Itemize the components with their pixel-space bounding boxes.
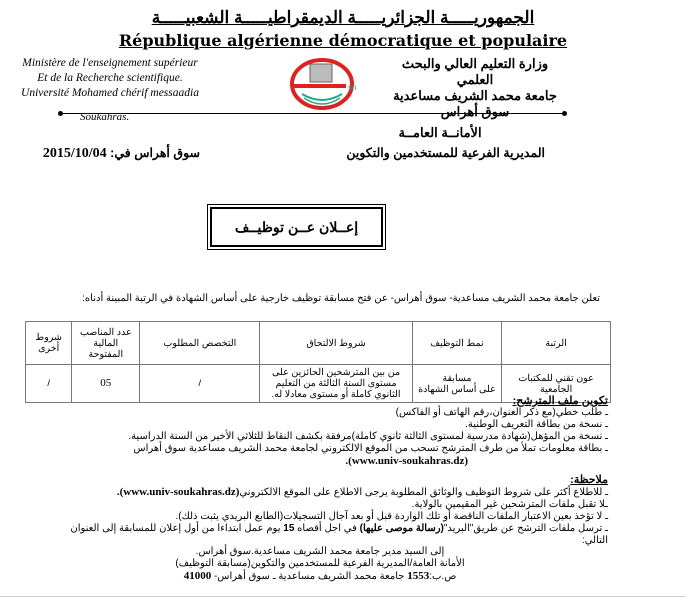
ministry-line-3: Université Mohamed chérif messaadia bbox=[20, 86, 200, 101]
note-item-4-b: في اجل أقصاه bbox=[294, 523, 359, 534]
divider-dot-right bbox=[562, 111, 567, 116]
sub-directorate: المديرية الفرعية للمستخدمين والتكوين bbox=[345, 145, 545, 160]
col-other: شروط أخرى bbox=[26, 322, 72, 365]
ministry-ar-line-3: سوق أهراس bbox=[385, 104, 565, 120]
col-positions: عدد المناصب المالية المفتوحة bbox=[72, 322, 140, 365]
ministry-ar-line-1: وزارة التعليم العالي والبحث العلمي bbox=[385, 56, 565, 88]
dossier-item-2: ـ نسخة من بطاقة التعريف الوطنية. bbox=[60, 419, 608, 431]
announcement-title: إعــلان عــن توظيــف bbox=[235, 219, 358, 235]
address-line-1: إلى السيد مدير جامعة محمد الشريف مساعدية… bbox=[170, 546, 470, 558]
republic-title-french-text: République algérienne démocratique et po… bbox=[119, 31, 567, 50]
dossier-heading: تكوين ملف المترشح: bbox=[60, 395, 608, 407]
page-bottom-border bbox=[0, 596, 686, 597]
dossier-item-4: ـ بطاقة معلومات تملأ من طرف المترشح تسحب… bbox=[60, 443, 608, 455]
notes-heading: ملاحظة: bbox=[60, 474, 608, 486]
note-item-4-registered: (رسالة موصى عليها) bbox=[360, 523, 444, 534]
notes-section: ملاحظة: ـ للاطلاع أكثر على شروط التوظيف … bbox=[60, 474, 608, 547]
university-logo-icon: sn bbox=[282, 54, 362, 112]
ministry-line-2: Et de la Recherche scientifique. bbox=[20, 71, 200, 86]
col-grade: الرتبة bbox=[502, 322, 611, 365]
note-item-4-a: ـ ترسل ملفات الترشح عن طريق"البريد" bbox=[444, 523, 608, 534]
note-item-1-url[interactable]: (www.univ-soukahras.dz). bbox=[117, 486, 240, 498]
col-specialty: التخصص المطلوب bbox=[140, 322, 260, 365]
note-item-4: ـ ترسل ملفات الترشح عن طريق"البريد"(رسال… bbox=[60, 523, 608, 547]
po-label: ص.ب: bbox=[429, 571, 456, 582]
republic-title-french: République algérienne démocratique et po… bbox=[0, 31, 686, 50]
postal-code: 41000 bbox=[184, 570, 212, 582]
ministry-french-block: Ministère de l'enseignement supérieur Et… bbox=[20, 56, 200, 101]
announcement-intro: تعلن جامعة محمد الشريف مساعدية- سوق أهرا… bbox=[60, 293, 600, 304]
note-item-3: ـ لا تؤخذ بعين الاعتبار الملفات الناقصة … bbox=[60, 511, 608, 523]
place-label: سوق أهراس في: bbox=[110, 146, 200, 160]
note-item-4-days: 15 bbox=[283, 523, 294, 534]
soukahras-french: Soukahras. bbox=[80, 111, 129, 123]
note-item-2: ـلا تقبل ملفات المترشحين غير المقيمين با… bbox=[60, 499, 608, 511]
header-divider bbox=[60, 113, 565, 114]
dossier-item-3: ـ نسخة من المؤهل(شهادة مدرسية لمستوى الث… bbox=[60, 431, 608, 443]
ministry-arabic-block: وزارة التعليم العالي والبحث العلمي جامعة… bbox=[385, 56, 565, 120]
announcement-title-box: إعــلان عــن توظيــف bbox=[210, 207, 383, 247]
divider-dot-left bbox=[58, 111, 63, 116]
republic-title-arabic: الجمهوريـــــة الجزائريـــــة الديمقراطي… bbox=[0, 8, 686, 28]
document-date: 2015/10/04 bbox=[43, 146, 107, 161]
ministry-ar-line-2: جامعة محمد الشريف مساعدية bbox=[385, 88, 565, 104]
republic-title-arabic-text: الجمهوريـــــة الجزائريـــــة الديمقراطي… bbox=[152, 8, 535, 27]
address-line-3-text: جامعة محمد الشريف مساعدية ـ سوق أهراس- bbox=[211, 571, 407, 582]
cell-mode-line-2: على أساس الشهادة bbox=[416, 384, 499, 395]
col-conditions: شروط الالتحاق bbox=[260, 322, 412, 365]
address-line-2: الأمانة العامة/المديرية الفرعية للمستخدم… bbox=[170, 558, 470, 570]
dossier-section: تكوين ملف المترشح: ـ طلب خطي(مع ذكر العن… bbox=[60, 395, 608, 467]
address-line-3: ص.ب:1553 جامعة محمد الشريف مساعدية ـ سوق… bbox=[170, 570, 470, 583]
cell-mode-line-1: مسابقة bbox=[416, 373, 499, 384]
note-item-1-text: ـ للاطلاع أكثر على شروط التوظيف والوثائق… bbox=[239, 487, 608, 498]
positions-table: الرتبة نمط التوظيف شروط الالتحاق التخصص … bbox=[25, 321, 611, 403]
dossier-item-1: ـ طلب خطي(مع ذكر العنوان،رقم الهاتف أو ا… bbox=[60, 407, 608, 419]
address-block: إلى السيد مدير جامعة محمد الشريف مساعدية… bbox=[170, 546, 470, 583]
svg-text:sn: sn bbox=[348, 83, 356, 92]
general-secretariat: الأمانــة العامــة bbox=[360, 125, 520, 141]
col-mode: نمط التوظيف bbox=[412, 322, 502, 365]
dossier-url[interactable]: (www.univ-soukahras.dz). bbox=[60, 455, 608, 467]
ministry-line-1: Ministère de l'enseignement supérieur bbox=[20, 56, 200, 71]
place-date: سوق أهراس في: 2015/10/04 bbox=[40, 145, 200, 162]
note-item-1: ـ للاطلاع أكثر على شروط التوظيف والوثائق… bbox=[60, 486, 608, 499]
table-header-row: الرتبة نمط التوظيف شروط الالتحاق التخصص … bbox=[26, 322, 611, 365]
po-box: 1553 bbox=[407, 570, 429, 582]
